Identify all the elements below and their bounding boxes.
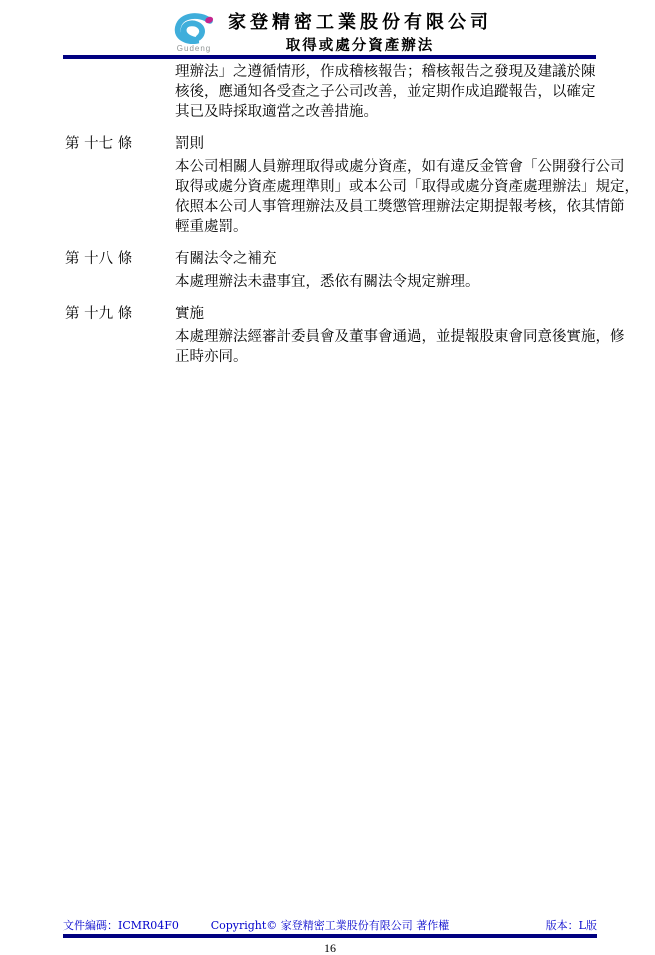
footer-meta-row: 文件編碼：ICMR04F0 Copyright© 家登精密工業股份有限公司 著作… — [63, 919, 597, 932]
article-number: 第 十九 條 — [65, 304, 175, 367]
body-line: 其已及時採取適當之改善措施。 — [175, 102, 605, 122]
article-19: 第 十九 條 實施 本處理辦法經審計委員會及董事會通過，並提報股東會同意後實施，… — [65, 304, 605, 367]
header-titles: 家登精密工業股份有限公司 取得或處分資產辦法 — [215, 10, 505, 55]
page-number: 16 — [63, 941, 597, 955]
article-title: 實施 — [175, 304, 625, 324]
footer-rule — [63, 934, 597, 938]
body-line: 依照本公司人事管理辦法及員工獎懲管理辦法定期提報考核，依其情節 — [175, 197, 639, 217]
document-page: Gudeng 家登精密工業股份有限公司 取得或處分資產辦法 理辦法」之遵循情形，… — [0, 0, 655, 955]
page-header: Gudeng 家登精密工業股份有限公司 取得或處分資產辦法 — [0, 10, 655, 60]
company-name: 家登精密工業股份有限公司 — [215, 10, 505, 36]
body-line: 取得或處分資產處理準則」或本公司「取得或處分資產處理辦法」規定， — [175, 177, 639, 197]
body-line: 本處理辦法經審計委員會及董事會通過，並提報股東會同意後實施，修 — [175, 327, 625, 347]
article-number: 第 十八 條 — [65, 249, 175, 292]
article-17: 第 十七 條 罰則 本公司相關人員辦理取得或處分資產，如有違反金管會「公開發行公… — [65, 134, 605, 237]
gudeng-swoosh-icon — [166, 12, 222, 44]
body-line: 核後，應通知各受查之子公司改善，並定期作成追蹤報告，以確定 — [175, 82, 605, 102]
article-18: 第 十八 條 有關法令之補充 本處理辦法未盡事宜，悉依有關法令規定辦理。 — [65, 249, 605, 292]
body-line: 本公司相關人員辦理取得或處分資產，如有違反金管會「公開發行公司 — [175, 157, 639, 177]
body-line: 輕重處罰。 — [175, 217, 639, 237]
article-number: 第 十七 條 — [65, 134, 175, 237]
body-line: 理辦法」之遵循情形，作成稽核報告；稽核報告之發現及建議於陳 — [175, 62, 605, 82]
continuation-paragraph: 理辦法」之遵循情形，作成稽核報告；稽核報告之發現及建議於陳 核後，應通知各受查之… — [175, 62, 605, 122]
body-line: 本處理辦法未盡事宜，悉依有關法令規定辦理。 — [175, 272, 605, 292]
page-footer: 文件編碼：ICMR04F0 Copyright© 家登精密工業股份有限公司 著作… — [63, 919, 597, 955]
company-logo: Gudeng — [166, 12, 222, 53]
article-content: 有關法令之補充 本處理辦法未盡事宜，悉依有關法令規定辦理。 — [175, 249, 605, 292]
body-line: 正時亦同。 — [175, 347, 625, 367]
document-body: 理辦法」之遵循情形，作成稽核報告；稽核報告之發現及建議於陳 核後，應通知各受查之… — [65, 62, 605, 367]
article-title: 罰則 — [175, 134, 639, 154]
copyright-notice: Copyright© 家登精密工業股份有限公司 著作權 — [211, 919, 450, 932]
document-code: 文件編碼：ICMR04F0 — [63, 919, 211, 932]
logo-brand-text: Gudeng — [166, 45, 222, 53]
article-content: 罰則 本公司相關人員辦理取得或處分資產，如有違反金管會「公開發行公司 取得或處分… — [175, 134, 639, 237]
article-content: 實施 本處理辦法經審計委員會及董事會通過，並提報股東會同意後實施，修 正時亦同。 — [175, 304, 625, 367]
article-title: 有關法令之補充 — [175, 249, 605, 269]
version-label: 版本：L版 — [449, 919, 597, 932]
header-rule — [63, 55, 596, 59]
document-title: 取得或處分資產辦法 — [215, 36, 505, 55]
